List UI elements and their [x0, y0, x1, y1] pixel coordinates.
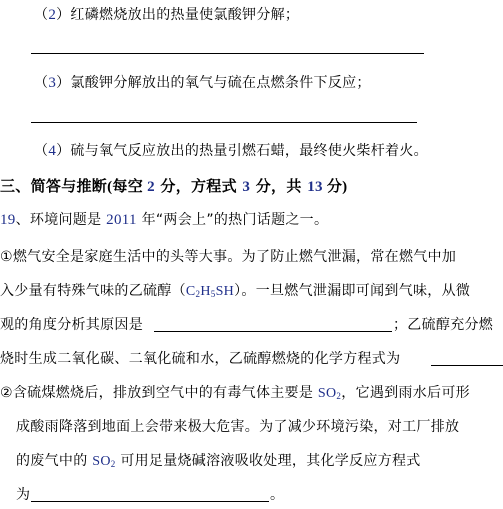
part1-line1: ①燃气安全是家庭生活中的头等大事。为了防止燃气泄漏，常在燃气中加: [0, 248, 456, 266]
formula-part: H: [200, 284, 210, 299]
text: 可用足量烧碱溶液吸收处理，其化学反应方程式: [116, 453, 421, 469]
sub-question-number: 4: [48, 143, 56, 159]
text: 观的角度分析其原因是: [0, 317, 143, 333]
text: 为: [16, 487, 30, 503]
answer-blank-equation-2[interactable]: [31, 501, 269, 502]
sub-question-2: （2）红磷燃烧放出的热量使氯酸钾分解；: [34, 6, 299, 24]
part2-line2: 成酸雨降落到地面上会带来极大危害。为了减少环境污染，对工厂排放: [16, 418, 459, 436]
part1-line3-end: ；乙硫醇充分燃: [393, 316, 493, 334]
intro-text: 、环境问题是: [16, 212, 107, 228]
score-total: 13: [307, 179, 323, 195]
ethanethiol-formula: C2H5SH: [186, 284, 234, 299]
part2-line4-end: 。: [270, 486, 284, 504]
part1-line3: 观的角度分析其原因是: [0, 316, 143, 334]
sub-question-text: ）红磷燃烧放出的热量使氯酸钾分解；: [56, 7, 299, 23]
score-text: (每空: [107, 179, 147, 195]
intro-text: 年“两会上”的热门话题之一。: [137, 212, 328, 228]
part2-line4: 为: [16, 486, 30, 504]
sub-question-number: 2: [48, 7, 56, 23]
score-each: 2: [147, 179, 155, 195]
answer-blank-2[interactable]: [31, 53, 424, 54]
question-number: 19: [0, 212, 16, 228]
year: 2011: [106, 212, 137, 228]
text: 烧时生成二氧化碳、二氧化硫和水，乙硫醇燃烧的化学方程式为: [0, 351, 400, 367]
part1-line4: 烧时生成二氧化碳、二氧化硫和水，乙硫醇燃烧的化学方程式为: [0, 350, 400, 368]
text: 。: [270, 487, 284, 503]
paren: （: [34, 143, 48, 159]
score-text: 分): [323, 179, 348, 195]
text: ，它遇到雨水后可形: [341, 385, 470, 401]
formula-part: SO: [318, 386, 337, 401]
sub-question-text: ）硫与氧气反应放出的热量引燃石蜡，最终使火柴杆着火。: [56, 143, 428, 159]
score-text: 分，共: [250, 177, 307, 195]
sub-question-number: 3: [48, 75, 56, 91]
section-title: 三、简答与推断: [0, 177, 107, 195]
text: ）。一旦燃气泄漏即可闻到气味，从微: [234, 283, 470, 299]
score-text: 分，方程式: [155, 177, 243, 195]
part2-line3: 的废气中的 SO2 可用足量烧碱溶液吸收处理，其化学反应方程式: [16, 452, 421, 471]
so2-formula: SO2: [92, 454, 115, 469]
formula-part: C: [186, 284, 196, 299]
part2-line1: ②含硫煤燃烧后，排放到空气中的有毒气体主要是 SO2，它遇到雨水后可形: [0, 384, 470, 403]
text: 入少量有特殊气味的乙硫醇（: [0, 283, 186, 299]
question-19-intro: 19、环境问题是 2011 年“两会上”的热门话题之一。: [0, 211, 328, 229]
paren: （: [34, 75, 48, 91]
part1-line2: 入少量有特殊气味的乙硫醇（C2H5SH）。一旦燃气泄漏即可闻到气味，从微: [0, 282, 470, 301]
sub-question-3: （3）氯酸钾分解放出的氧气与硫在点燃条件下反应；: [34, 74, 371, 92]
sub-question-text: ）氯酸钾分解放出的氧气与硫在点燃条件下反应；: [56, 75, 371, 91]
sub-question-4: （4）硫与氧气反应放出的热量引燃石蜡，最终使火柴杆着火。: [34, 142, 428, 160]
so2-formula: SO2: [318, 386, 341, 401]
answer-blank-equation-1[interactable]: [431, 365, 503, 366]
formula-part: SH: [216, 284, 235, 299]
answer-blank-reason[interactable]: [154, 331, 392, 332]
answer-blank-3[interactable]: [31, 122, 417, 123]
section-heading: 三、简答与推断(每空 2 分，方程式 3 分，共 13 分): [0, 177, 347, 196]
formula-part: SO: [92, 454, 111, 469]
text: ②含硫煤燃烧后，排放到空气中的有毒气体主要是: [0, 385, 318, 401]
text: ；乙硫醇充分燃: [393, 317, 493, 333]
paren: （: [34, 7, 48, 23]
text: 的废气中的: [16, 453, 92, 469]
